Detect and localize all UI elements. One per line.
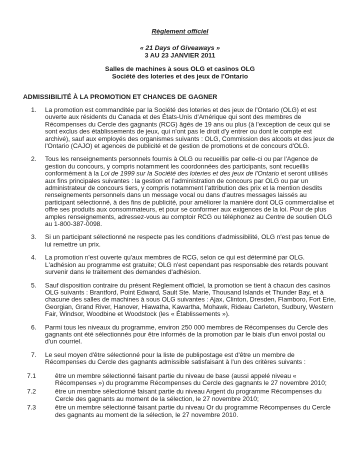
clause-text-segment: et seront utilisés aux fins principales … bbox=[45, 170, 334, 228]
clause-3: 3. Si un participant sélectionné ne resp… bbox=[23, 234, 337, 248]
subclause-text: être un membre sélectionné faisant parti… bbox=[55, 372, 337, 386]
clause-text: Sauf disposition contraire du présent Rè… bbox=[45, 282, 337, 318]
document-title: Règlement officiel bbox=[23, 28, 337, 35]
organization-line: Société des loteries et des jeux de l'On… bbox=[23, 73, 337, 80]
clause-5: 5. Sauf disposition contraire du présent… bbox=[23, 282, 337, 318]
clause-text: Parmi tous les niveaux du programme, env… bbox=[45, 324, 337, 346]
document-viewport: Règlement officiel « 21 Days of Giveaway… bbox=[0, 0, 360, 466]
subclause-number: 7.3 bbox=[23, 404, 55, 418]
clause-text: Tous les renseignements personnels fourn… bbox=[45, 156, 337, 228]
clauses-list: 1. La promotion est commanditée par la S… bbox=[23, 106, 337, 365]
clause-4: 4. La promotion n'est ouverte qu'aux mem… bbox=[23, 254, 337, 276]
clause-1: 1. La promotion est commanditée par la S… bbox=[23, 106, 337, 149]
subclause-text: être un membre sélectionné faisant parti… bbox=[55, 388, 337, 402]
subclause-7-2: 7.2 être un membre sélectionné faisant p… bbox=[23, 388, 337, 402]
scale-wrapper: Règlement officiel « 21 Days of Giveaway… bbox=[0, 0, 360, 466]
clause-number: 7. bbox=[23, 351, 45, 365]
clause-2: 2. Tous les renseignements personnels fo… bbox=[23, 156, 337, 228]
subclause-text: être un membre sélectionné faisant parti… bbox=[55, 404, 337, 418]
clause-number: 1. bbox=[23, 106, 45, 149]
subclauses-list: 7.1 être un membre sélectionné faisant p… bbox=[23, 372, 337, 418]
subclause-7-1: 7.1 être un membre sélectionné faisant p… bbox=[23, 372, 337, 386]
promotion-date-range: 3 AU 23 JANVIER 2011 bbox=[23, 52, 337, 59]
document-page: Règlement officiel « 21 Days of Giveaway… bbox=[0, 0, 360, 466]
clause-number: 5. bbox=[23, 282, 45, 318]
clause-text: Si un participant sélectionné ne respect… bbox=[45, 234, 337, 248]
document-header: Règlement officiel « 21 Days of Giveaway… bbox=[23, 28, 337, 80]
clause-text: La promotion est commanditée par la Soci… bbox=[45, 106, 337, 149]
subclause-number: 7.1 bbox=[23, 372, 55, 386]
clause-number: 4. bbox=[23, 254, 45, 276]
clause-6: 6. Parmi tous les niveaux du programme, … bbox=[23, 324, 337, 346]
clause-number: 6. bbox=[23, 324, 45, 346]
subclause-number: 7.2 bbox=[23, 388, 55, 402]
clause-7: 7. Le seul moyen d'être sélectionné pour… bbox=[23, 351, 337, 365]
clause-number: 3. bbox=[23, 234, 45, 248]
clause-text: La promotion n'est ouverte qu'aux membre… bbox=[45, 254, 337, 276]
venues-block: Salles de machines à sous OLG et casinos… bbox=[23, 66, 337, 81]
section-heading: ADMISSIBILITÉ À LA PROMOTION ET CHANCES … bbox=[23, 93, 337, 101]
subclause-7-3: 7.3 être un membre sélectionné faisant p… bbox=[23, 404, 337, 418]
clause-number: 2. bbox=[23, 156, 45, 228]
clause-text: Le seul moyen d'être sélectionné pour la… bbox=[45, 351, 337, 365]
